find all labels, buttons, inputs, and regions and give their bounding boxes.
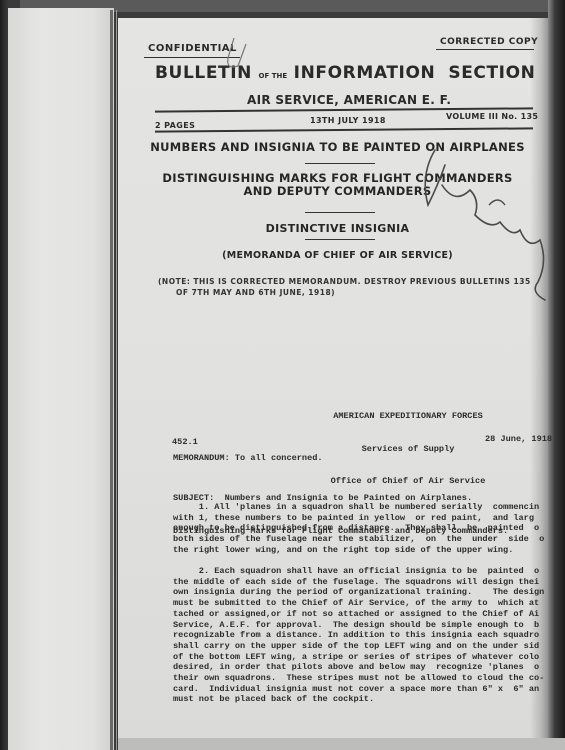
paragraph-line: 1. All 'planes in a squadron shall be nu… bbox=[173, 502, 544, 513]
note-line: (NOTE: THIS IS CORRECTED MEMORANDUM. DES… bbox=[158, 277, 531, 286]
paragraph-line: 2. Each squadron shall have an official … bbox=[173, 566, 544, 577]
copy-type-label: CORRECTED COPY bbox=[440, 37, 538, 47]
volume-number: VOLUME III No. 135 bbox=[446, 112, 538, 121]
memo-date: 28 June, 1918 bbox=[485, 434, 552, 445]
paragraph-line: with 1, these numbers to be painted in y… bbox=[173, 513, 544, 524]
page-edge bbox=[110, 10, 113, 750]
org-line: Services of Supply bbox=[288, 444, 528, 455]
paragraph-line: the middle of each side of the fuselage.… bbox=[173, 577, 544, 588]
paragraph-line: Service, A.E.F. for approval. The design… bbox=[173, 620, 544, 631]
file-number: 452.1 bbox=[172, 437, 198, 448]
title-separator bbox=[305, 212, 375, 213]
paragraph-line: desired, in order that pilots above and … bbox=[173, 662, 544, 673]
title-line: AND DEPUTY COMMANDERS bbox=[140, 185, 535, 198]
title-separator bbox=[305, 163, 375, 164]
paragraph-line: own insignia during the period of organi… bbox=[173, 587, 544, 598]
paragraph-line: of the bottom LEFT wing, a stripe or ser… bbox=[173, 652, 544, 663]
paragraph-line: card. Individual insignia must not cover… bbox=[173, 684, 544, 695]
bulletin-date: 13TH JULY 1918 bbox=[310, 116, 386, 125]
memo-addressee: MEMORANDUM: To all concerned. bbox=[173, 453, 323, 464]
publication-title: BULLETIN OF THE INFORMATION SECTION bbox=[155, 63, 536, 83]
title-separator bbox=[305, 239, 375, 240]
memoranda-subtitle: (MEMORANDA OF CHIEF OF AIR SERVICE) bbox=[140, 250, 535, 261]
paragraph-line: recognizable from a distance. In additio… bbox=[173, 630, 544, 641]
publication-title-part2: INFORMATION SECTION bbox=[294, 63, 536, 83]
right-binding-edge bbox=[548, 0, 565, 750]
paragraph-1: 1. All 'planes in a squadron shall be nu… bbox=[173, 502, 544, 556]
correction-note: (NOTE: THIS IS CORRECTED MEMORANDUM. DES… bbox=[158, 276, 538, 298]
paragraph-line: must be submitted to the Chief of Air Se… bbox=[173, 598, 544, 609]
publication-title-part1: BULLETIN bbox=[155, 63, 252, 83]
divider bbox=[144, 57, 240, 58]
paragraph-line: shall carry on the upper side of the top… bbox=[173, 641, 544, 652]
publication-title-connector: OF THE bbox=[259, 72, 288, 80]
org-line: AMERICAN EXPEDITIONARY FORCES bbox=[288, 411, 528, 422]
bottom-page-edge bbox=[118, 738, 565, 750]
paragraph-line: the right lower wing, and on the right t… bbox=[173, 545, 544, 556]
paragraph-line: enough to be distinguished from a distan… bbox=[173, 523, 544, 534]
paragraph-line: tached or assigned,or if not so attached… bbox=[173, 609, 544, 620]
title-numbers-insignia: NUMBERS AND INSIGNIA TO BE PAINTED ON AI… bbox=[140, 140, 535, 154]
organization-name: AIR SERVICE, AMERICAN E. F. bbox=[247, 93, 451, 107]
page-edge bbox=[116, 10, 117, 750]
paragraph-line: both sides of the fuselage near the stab… bbox=[173, 534, 544, 545]
note-line: OF 7TH MAY AND 6TH JUNE, 1918) bbox=[158, 287, 538, 298]
divider bbox=[436, 49, 534, 50]
title-distinctive-insignia: DISTINCTIVE INSIGNIA bbox=[140, 222, 535, 235]
paragraph-2: 2. Each squadron shall have an official … bbox=[173, 566, 544, 705]
underlying-page bbox=[8, 8, 114, 750]
classification-label: CONFIDENTIAL bbox=[148, 43, 237, 54]
paragraph-line: their own squadrons. These stripes must … bbox=[173, 673, 544, 684]
paragraph-line: must not be placed back of the cockpit. bbox=[173, 694, 544, 705]
title-distinguishing-marks: DISTINGUISHING MARKS FOR FLIGHT COMMANDE… bbox=[140, 172, 535, 198]
page-count: 2 PAGES bbox=[155, 121, 195, 130]
